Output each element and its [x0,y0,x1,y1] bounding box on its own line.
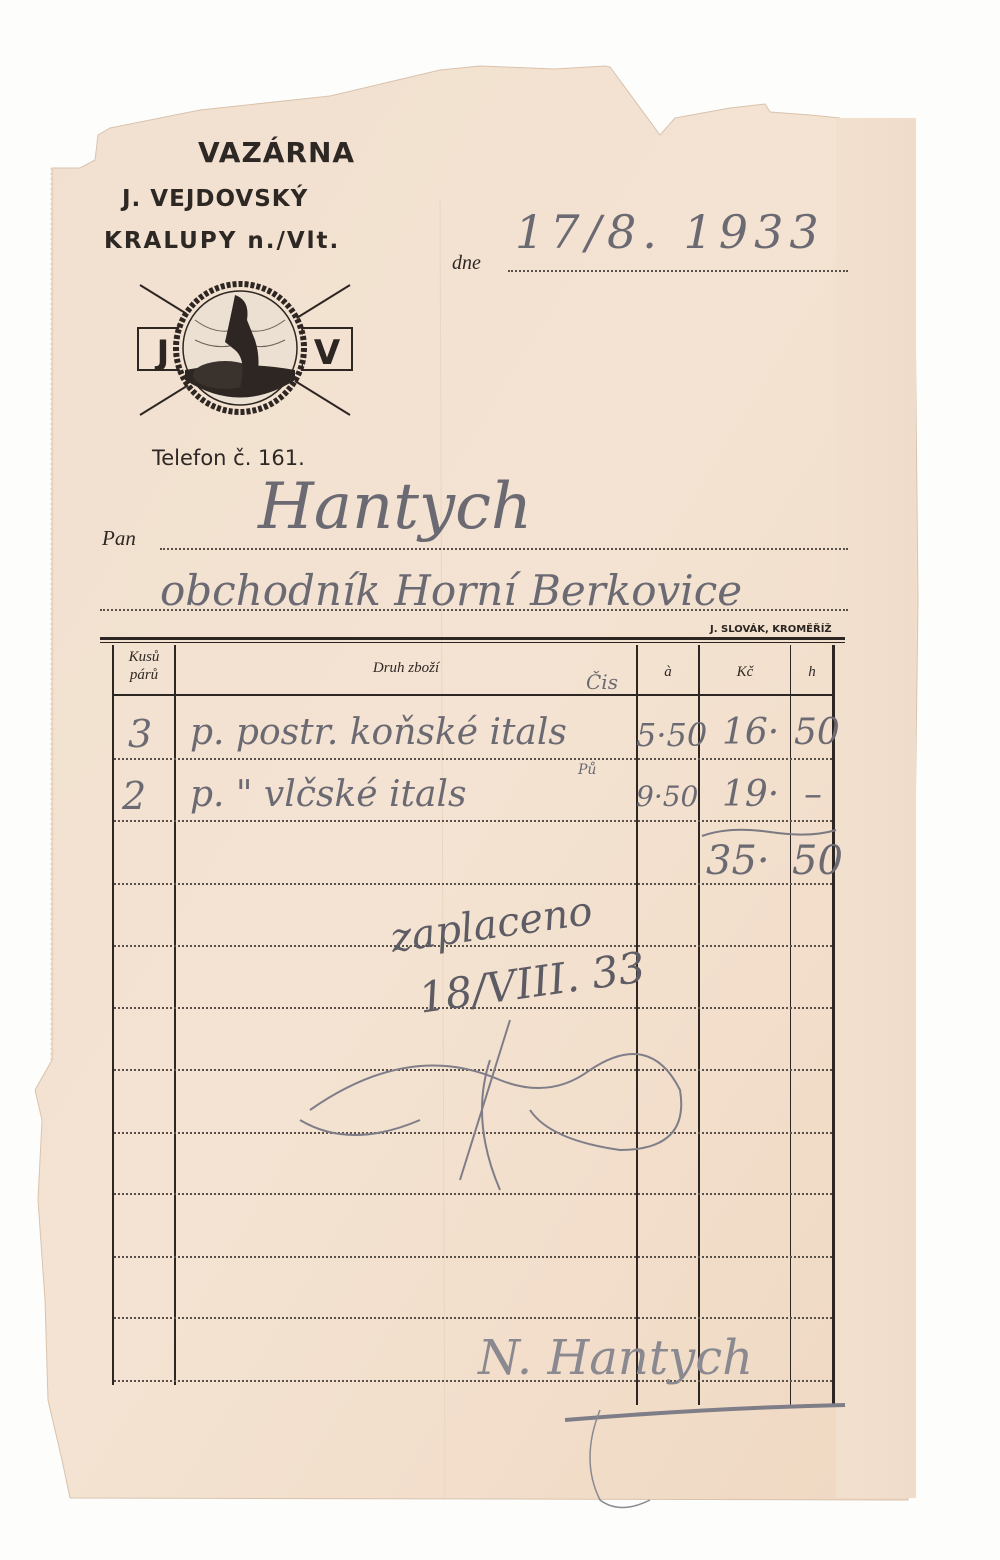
date-value: 17/8. 1933 [515,205,825,259]
phone-number: Telefon č. 161. [152,446,305,470]
table-top-rule-thin [100,642,845,643]
recipient-label: Pan [102,526,136,551]
row-h: – [804,774,822,815]
row-unit-price: 5·50 [636,716,707,754]
town-name: KRALUPY n./Vlt. [104,228,340,254]
owner-name: J. VEJDOVSKÝ [122,186,308,212]
signature-flourish [560,1400,860,1520]
logo-letter-j: J [155,333,170,373]
row-unit-price: 9·50 [636,780,698,813]
col-line-qty [174,645,176,1385]
table-top-rule [100,637,845,640]
date-line [508,270,848,272]
recipient-name: Hantych [258,470,532,544]
header-h: h [792,664,832,681]
paraph-scribble [290,1000,710,1200]
recipient-line-1 [160,548,848,550]
date-label: dne [452,252,481,275]
total-kc: 35· [706,838,770,884]
row-qty: 2 [122,774,146,818]
printer-credit: J. SLOVÁK, KROMĚŘÍŽ [710,624,832,635]
annotation-cis: Čis [586,670,618,694]
header-unit-price: à [638,664,698,681]
row-kc: 19· [722,774,779,815]
row-goods: p. " vlčské itals [190,774,466,815]
logo-letter-v: V [314,333,341,373]
col-line-left [112,645,114,1385]
business-name: VAZÁRNA [198,136,355,169]
header-qty: Kusů párů [114,648,174,684]
col-line-right [832,645,835,1405]
annotation-pu: Pů [578,762,596,778]
row-qty: 3 [128,712,152,756]
paper-right-edge [836,118,916,1498]
row-kc: 16· [722,712,779,753]
row-h: 50 [794,712,840,753]
row-goods: p. postr. koňské itals [190,712,567,753]
total-h: 50 [792,838,843,884]
header-kc: Kč [700,664,790,681]
company-logo-icon: J V [135,280,355,420]
header-bottom-rule [112,694,834,696]
header-goods: Druh zboží [176,660,636,677]
recipient-address: obchodník Horní Berkovice [160,566,742,615]
signature: N. Hantych [478,1330,753,1386]
